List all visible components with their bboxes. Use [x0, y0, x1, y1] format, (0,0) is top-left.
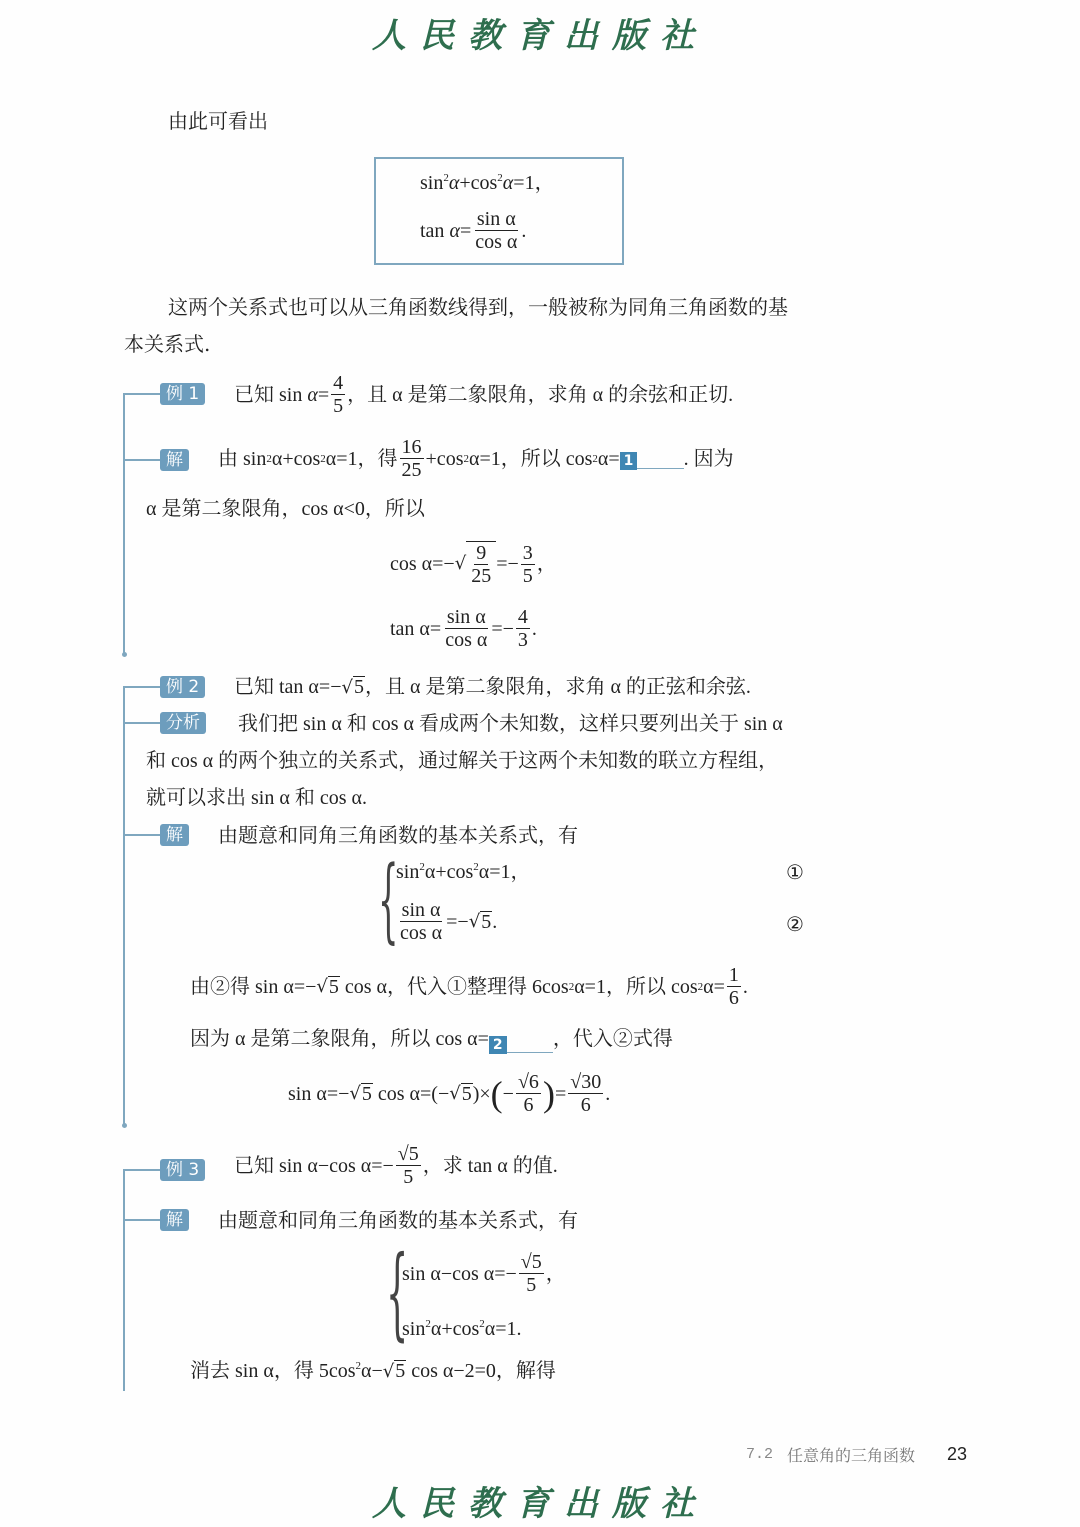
- example2-step-2: 因为 α 是第二象限角，所以 cos α=2，代入②式得: [190, 1028, 673, 1053]
- example1-tag: 例 1: [160, 383, 205, 405]
- example3-connector: [123, 1169, 160, 1171]
- example2-bracket-line: [123, 686, 125, 1126]
- example1-solution-connector: [123, 459, 160, 461]
- example2-bracket-end: [122, 1123, 127, 1128]
- answer-blank-2[interactable]: 2: [489, 1032, 553, 1053]
- example3-solution-lead: 由题意和同角三角函数的基本关系式，有: [218, 1209, 578, 1231]
- example2-system-eq1: sin2α+cos2α=1，: [396, 861, 531, 883]
- example2-analysis-line-1: 我们把 sin α 和 cos α 看成两个未知数，这样只要列出关于 sin α: [238, 713, 783, 735]
- example1-cos-result: cos α=−√925 =− 35 ，: [390, 541, 557, 587]
- example1-connector: [123, 393, 160, 395]
- example2-tag: 例 2: [160, 676, 205, 698]
- example1-solution-line-2: α 是第二象限角，cos α<0，所以: [146, 498, 425, 520]
- example3-bracket-line: [123, 1169, 125, 1391]
- paragraph-line-1: 这两个关系式也可以从三角函数线得到，一般被称为同角三角函数的基: [168, 296, 788, 318]
- example1-solution-line-1: 由 sin2α+cos2α=1，得 1625 +cos2α=1，所以 cos2α…: [218, 436, 734, 481]
- example2-analysis-line-3: 就可以求出 sin α 和 cos α.: [146, 787, 367, 809]
- identity-pythagorean: sin2α+cos2α=1，: [420, 172, 555, 194]
- example2-connector: [123, 686, 160, 688]
- section-number: 7.2: [746, 1446, 773, 1463]
- page-footer: 7.2 任意角的三角函数 23: [746, 1443, 967, 1466]
- paragraph-line-2: 本关系式.: [124, 333, 210, 355]
- example2-system-eq2: sin αcos α =−√5.: [396, 899, 497, 944]
- example2-analysis-connector: [123, 722, 160, 724]
- example1-bracket-line: [123, 393, 125, 655]
- example3-solution-tag: 解: [160, 1209, 189, 1231]
- page-number: 23: [947, 1444, 967, 1465]
- example1-solution-tag: 解: [160, 449, 189, 471]
- publisher-logo-header: 人民教育出版社: [0, 8, 1080, 57]
- example2-analysis-tag: 分析: [160, 712, 206, 734]
- example3-tag: 例 3: [160, 1159, 205, 1181]
- example3-system-eq2: sin2α+cos2α=1.: [402, 1318, 522, 1340]
- publisher-logo-footer: 人民教育出版社: [0, 1476, 1080, 1525]
- example1-bracket-end: [122, 652, 127, 657]
- example2-step-1: 由②得 sin α=−√5 cos α，代入①整理得 6cos2α=1，所以 c…: [190, 964, 748, 1009]
- example2-solution-lead: 由题意和同角三角函数的基本关系式，有: [218, 824, 578, 846]
- example3-system-eq1: sin α−cos α=− √55，: [402, 1251, 566, 1296]
- intro-text: 由此可看出: [168, 110, 268, 132]
- example1-tan-result: tan α= sin αcos α =− 43 .: [390, 606, 537, 651]
- section-title: 任意角的三角函数: [787, 1443, 915, 1466]
- identity-tangent: tan α= sin αcos α.: [420, 208, 526, 253]
- equation-label-2: ②: [786, 913, 804, 935]
- example3-step-1: 消去 sin α，得 5cos2α−√5 cos α−2=0，解得: [190, 1360, 556, 1383]
- example2-solution-connector: [123, 834, 160, 836]
- example3-solution-connector: [123, 1219, 160, 1221]
- example3-problem: 已知 sin α−cos α=− √55 ，求 tan α 的值.: [234, 1143, 558, 1188]
- equation-label-1: ①: [786, 861, 804, 883]
- example2-problem: 已知 tan α=−√5，且 α 是第二象限角，求角 α 的正弦和余弦.: [234, 676, 751, 699]
- example2-analysis-line-2: 和 cos α 的两个独立的关系式，通过解关于这两个未知数的联立方程组，: [146, 750, 778, 772]
- example1-problem: 已知 sin α= 45 ，且 α 是第二象限角，求角 α 的余弦和正切.: [234, 372, 733, 417]
- example2-step-3: sin α=−√5 cos α=(−√5)× (−√66) = √306.: [288, 1071, 610, 1116]
- answer-blank-1[interactable]: 1: [620, 448, 684, 469]
- example2-solution-tag: 解: [160, 824, 189, 846]
